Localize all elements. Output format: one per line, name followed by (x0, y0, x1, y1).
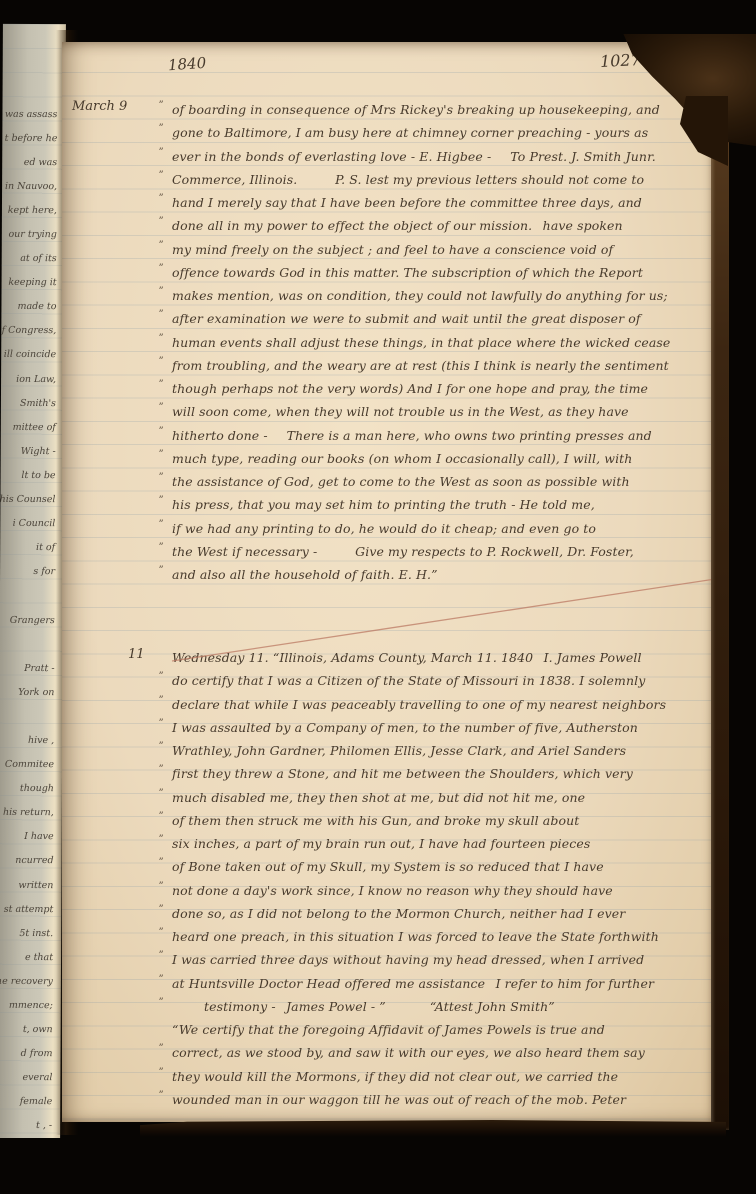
line-text: do certify that I was a Citizen of the S… (172, 673, 645, 688)
ditto-quote-mark: ” (150, 1043, 172, 1054)
ditto-quote-mark: ” (150, 147, 172, 158)
facing-page-line-fragment: written (0, 873, 53, 897)
manuscript-line: ” makes mention, was on condition, they … (150, 284, 708, 307)
facing-page-line-fragment: ill coincide (1, 343, 56, 367)
manuscript-line: ” I was carried three days without havin… (150, 948, 708, 971)
line-text: hitherto done - There is a man here, who… (172, 428, 652, 443)
manuscript-line: ” not done a day's work since, I know no… (150, 879, 708, 902)
manuscript-line: ” done all in my power to effect the obj… (150, 214, 708, 237)
ditto-quote-mark: ” (150, 927, 172, 938)
year-heading: 1840 (167, 54, 206, 75)
manuscript-line: ” his press, that you may set him to pri… (150, 493, 708, 516)
line-text: hand I merely say that I have been befor… (172, 195, 642, 210)
line-text: “We certify that the foregoing Affidavit… (172, 1022, 605, 1037)
manuscript-line: ” much type, reading our books (on whom … (150, 447, 708, 470)
manuscript-line: ” if we had any printing to do, he would… (150, 517, 708, 540)
entry-march-9-lines: ” of boarding in consequence of Mrs Rick… (62, 98, 708, 586)
facing-page-line-fragment: i Council (0, 511, 55, 535)
manuscript-line: ” declare that while I was peaceably tra… (150, 693, 708, 716)
facing-page-line-fragment: t , - (0, 1114, 52, 1138)
facing-page-line-fragment: he recovery (0, 969, 53, 993)
manuscript-line: ” human events shall adjust these things… (150, 331, 708, 354)
line-text: heard one preach, in this situation I wa… (172, 929, 659, 944)
facing-page-line-fragment: of Congress, (1, 319, 56, 343)
manuscript-line: ” of them then struck me with his Gun, a… (150, 809, 708, 832)
ditto-quote-mark: ” (150, 974, 172, 985)
manuscript-line: ” wounded man in our waggon till he was … (150, 1088, 708, 1111)
line-text: testimony - James Powel - ” “Attest John… (172, 999, 555, 1014)
line-text: of Bone taken out of my Skull, my System… (172, 859, 604, 874)
facing-page-line-fragment: kept here, (2, 198, 57, 222)
ditto-quote-mark: ” (150, 240, 172, 251)
line-text: of boarding in consequence of Mrs Rickey… (172, 102, 660, 117)
line-text: the West if necessary - Give my respects… (172, 544, 634, 559)
facing-page-line-fragment: lt to be (1, 463, 56, 487)
ditto-quote-mark: ” (150, 764, 172, 775)
backdrop-bottom (0, 1138, 756, 1194)
ditto-quote-mark: ” (150, 495, 172, 506)
facing-page-line-fragment (0, 584, 55, 608)
ditto-quote-mark: ” (150, 472, 172, 483)
facing-page-line-fragment: Commitee (0, 752, 54, 776)
line-text: not done a day's work since, I know no r… (172, 883, 613, 898)
ditto-quote-mark: ” (150, 402, 172, 413)
facing-page-line-fragment: Grangers (0, 608, 55, 632)
line-text: the assistance of God, get to come to th… (172, 474, 630, 489)
facing-page-line-fragment: Wight - (1, 439, 56, 463)
line-text: wounded man in our waggon till he was ou… (172, 1092, 626, 1107)
line-text: his press, that you may set him to print… (172, 497, 595, 512)
line-text: at Huntsville Doctor Head offered me ass… (172, 976, 654, 991)
facing-page-line-fragment: at of its (2, 246, 57, 270)
manuscript-line: “We certify that the foregoing Affidavit… (150, 1018, 708, 1041)
ditto-quote-mark: ” (150, 1067, 172, 1078)
line-text: though perhaps not the very words) And I… (172, 381, 648, 396)
facing-page-line-fragment: ncurred (0, 849, 54, 873)
ditto-quote-mark: ” (150, 123, 172, 134)
manuscript-line: ” after examination we were to submit an… (150, 307, 708, 330)
facing-page-line-fragment: e that (0, 945, 53, 969)
manuscript-line: Wednesday 11. “Illinois, Adams County, M… (150, 646, 708, 669)
facing-page-line-fragment (0, 632, 55, 656)
ditto-quote-mark: ” (150, 904, 172, 915)
facing-page-text-fragments: was assass t before he ed was in Nauvoo,… (0, 102, 58, 1144)
line-text: they would kill the Mormons, if they did… (172, 1069, 618, 1084)
ditto-quote-mark: ” (150, 449, 172, 460)
ditto-quote-mark: ” (150, 788, 172, 799)
line-text: Wednesday 11. “Illinois, Adams County, M… (172, 650, 642, 665)
facing-page-line-fragment: st attempt (0, 897, 53, 921)
manuscript-line: ” much disabled me, they then shot at me… (150, 786, 708, 809)
line-text: done all in my power to effect the objec… (172, 218, 623, 233)
facing-page-line-fragment: made to (1, 295, 56, 319)
facing-page-line-fragment: York on (0, 680, 54, 704)
facing-page-line-fragment: in Nauvoo, (2, 174, 57, 198)
manuscript-line: ” heard one preach, in this situation I … (150, 925, 708, 948)
facing-page-line-fragment (0, 704, 54, 728)
ditto-quote-mark: ” (150, 741, 172, 752)
line-text: of them then struck me with his Gun, and… (172, 813, 579, 828)
line-text: after examination we were to submit and … (172, 311, 641, 326)
ditto-quote-mark: ” (150, 379, 172, 390)
line-text: ever in the bonds of everlasting love - … (172, 149, 656, 164)
manuscript-line: ” do certify that I was a Citizen of the… (150, 669, 708, 692)
ditto-quote-mark: ” (150, 286, 172, 297)
manuscript-line: ” of boarding in consequence of Mrs Rick… (150, 98, 708, 121)
manuscript-line: ” hitherto done - There is a man here, w… (150, 424, 708, 447)
facing-page-line-fragment: I have (0, 825, 54, 849)
book-bottom-edge (140, 1120, 726, 1137)
ditto-quote-mark: ” (150, 216, 172, 227)
facing-page-line-fragment: was assass (2, 102, 57, 126)
manuscript-line: ” correct, as we stood by, and saw it wi… (150, 1041, 708, 1064)
line-text: gone to Baltimore, I am busy here at chi… (172, 125, 648, 140)
photograph-stage: was assass t before he ed was in Nauvoo,… (0, 0, 756, 1194)
ditto-quote-mark: ” (150, 100, 172, 111)
facing-page-line-fragment: mmence; (0, 993, 53, 1017)
manuscript-line: ” the West if necessary - Give my respec… (150, 540, 708, 563)
ditto-quote-mark: ” (150, 671, 172, 682)
ditto-quote-mark: ” (150, 263, 172, 274)
facing-page-line-fragment: d from (0, 1041, 53, 1065)
ditto-quote-mark: ” (150, 309, 172, 320)
facing-page-line-fragment: mittee of (1, 415, 56, 439)
manuscript-line: ” and also all the household of faith. E… (150, 563, 708, 586)
line-text: makes mention, was on condition, they co… (172, 288, 668, 303)
facing-page-line-fragment: hive , (0, 728, 54, 752)
manuscript-line: ” first they threw a Stone, and hit me b… (150, 762, 708, 785)
facing-page-line-fragment: 5t inst. (0, 921, 53, 945)
line-text: I was assaulted by a Company of men, to … (172, 720, 638, 735)
ditto-quote-mark: ” (150, 695, 172, 706)
line-text: much type, reading our books (on whom I … (172, 451, 632, 466)
manuscript-line: ” they would kill the Mormons, if they d… (150, 1065, 708, 1088)
ditto-quote-mark: ” (150, 834, 172, 845)
ditto-quote-mark: ” (150, 950, 172, 961)
ditto-quote-mark: ” (150, 997, 172, 1008)
line-text: will soon come, when they will not troub… (172, 404, 629, 419)
line-text: if we had any printing to do, he would d… (172, 521, 596, 536)
line-text: six inches, a part of my brain run out, … (172, 836, 590, 851)
manuscript-page: 1840 1027 March 9 ” of boarding in conse… (62, 42, 712, 1122)
line-text: first they threw a Stone, and hit me bet… (172, 766, 633, 781)
manuscript-line: ” testimony - James Powel - ” “Attest Jo… (150, 995, 708, 1018)
ditto-quote-mark: ” (150, 356, 172, 367)
manuscript-line: ” my mind freely on the subject ; and fe… (150, 238, 708, 261)
line-text: from troubling, and the weary are at res… (172, 358, 669, 373)
manuscript-line: ” the assistance of God, get to come to … (150, 470, 708, 493)
line-text: Commerce, Illinois. P. S. lest my previo… (172, 172, 644, 187)
manuscript-line: ” Commerce, Illinois. P. S. lest my prev… (150, 168, 708, 191)
line-text: offence towards God in this matter. The … (172, 265, 643, 280)
manuscript-line: ” offence towards God in this matter. Th… (150, 261, 708, 284)
ditto-quote-mark: ” (150, 718, 172, 729)
facing-page-line-fragment: though (0, 776, 54, 800)
ditto-quote-mark: ” (150, 333, 172, 344)
manuscript-line: ” ever in the bonds of everlasting love … (150, 145, 708, 168)
facing-page-line-fragment: t before he (2, 126, 57, 150)
ditto-quote-mark: ” (150, 519, 172, 530)
facing-page-line-fragment: ion Law, (1, 367, 56, 391)
manuscript-line: ” gone to Baltimore, I am busy here at c… (150, 121, 708, 144)
facing-page-line-fragment: keeping it (2, 270, 57, 294)
manuscript-line: ” hand I merely say that I have been bef… (150, 191, 708, 214)
manuscript-line: ” from troubling, and the weary are at r… (150, 354, 708, 377)
manuscript-line: ” of Bone taken out of my Skull, my Syst… (150, 855, 708, 878)
line-text: declare that while I was peaceably trave… (172, 697, 666, 712)
facing-page-line-fragment: our trying (2, 222, 57, 246)
facing-page-line-fragment: Smith's (1, 391, 56, 415)
entry-march-11-lines: Wednesday 11. “Illinois, Adams County, M… (62, 646, 708, 1111)
facing-page-line-fragment: everal (0, 1066, 52, 1090)
line-text: correct, as we stood by, and saw it with… (172, 1045, 645, 1060)
ditto-quote-mark: ” (150, 857, 172, 868)
line-text: done so, as I did not belong to the Morm… (172, 906, 625, 921)
manuscript-line: ” will soon come, when they will not tro… (150, 400, 708, 423)
manuscript-line: ” Wrathley, John Gardner, Philomen Ellis… (150, 739, 708, 762)
manuscript-line: ” done so, as I did not belong to the Mo… (150, 902, 708, 925)
manuscript-line: ” six inches, a part of my brain run out… (150, 832, 708, 855)
book-cover-right-edge (711, 92, 729, 1130)
line-text: my mind freely on the subject ; and feel… (172, 242, 613, 257)
line-text: much disabled me, they then shot at me, … (172, 790, 585, 805)
facing-page-line-fragment: Pratt - (0, 656, 55, 680)
ditto-quote-mark: ” (150, 426, 172, 437)
line-text: Wrathley, John Gardner, Philomen Ellis, … (172, 743, 626, 758)
facing-page-line-fragment: it of (0, 536, 55, 560)
ditto-quote-mark: ” (150, 881, 172, 892)
facing-page-line-fragment: s for (0, 560, 55, 584)
ditto-quote-mark: ” (150, 542, 172, 553)
ditto-quote-mark: ” (150, 193, 172, 204)
line-text: human events shall adjust these things, … (172, 335, 670, 350)
facing-page-line-fragment: this Counsel (0, 487, 55, 511)
manuscript-line: ” at Huntsville Doctor Head offered me a… (150, 972, 708, 995)
facing-page-line-fragment: his return, (0, 801, 54, 825)
facing-page-line-fragment: ed was (2, 150, 57, 174)
facing-page-line-fragment: female (0, 1090, 52, 1114)
ditto-quote-mark: ” (150, 811, 172, 822)
line-text: and also all the household of faith. E. … (172, 567, 438, 582)
manuscript-line: ” though perhaps not the very words) And… (150, 377, 708, 400)
manuscript-line: ” I was assaulted by a Company of men, t… (150, 716, 708, 739)
facing-page-line-fragment: t, own (0, 1017, 53, 1041)
ditto-quote-mark: ” (150, 170, 172, 181)
ditto-quote-mark: ” (150, 565, 172, 576)
ditto-quote-mark: ” (150, 1090, 172, 1101)
line-text: I was carried three days without having … (172, 952, 644, 967)
